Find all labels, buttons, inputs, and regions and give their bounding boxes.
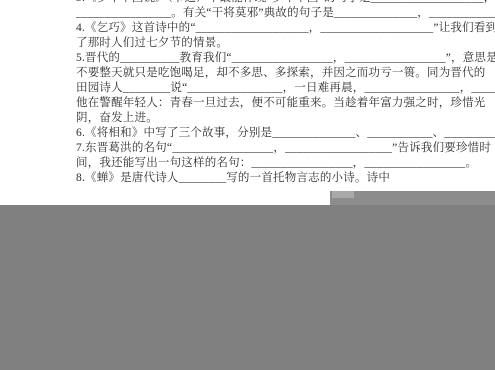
question-7-line-1: 7.东晋葛洪的名句“_________________，____________… bbox=[76, 141, 495, 156]
question-5-line-3: 田园诗人________说“________________，一日难再晨，___… bbox=[76, 81, 495, 96]
question-7-line-2: 间，我还能写出一句这样的名句：_________________，_______… bbox=[76, 156, 495, 171]
worksheet-page: 3.《少年中国说》（节选）中最能体现“少年中国”的句子是____________… bbox=[76, 0, 495, 186]
gray-overlay-bottom bbox=[0, 205, 495, 370]
question-4-line-1: 4.《乞巧》这首诗中的“___________________，________… bbox=[76, 21, 495, 36]
question-8-line-1: 8.《蝉》是唐代诗人________写的一首托物言志的小诗。诗中 bbox=[76, 171, 495, 186]
question-5-line-1: 5.晋代的__________教育我们“_________________，__… bbox=[76, 51, 495, 66]
question-5-line-5: 阴，奋发上进。 bbox=[76, 111, 495, 126]
question-6-line-1: 6.《将相和》中写了三个故事，分别是______________、_______… bbox=[76, 126, 495, 141]
question-4-line-2: 了那时人们过七夕节的情景。 bbox=[76, 36, 495, 51]
question-5-line-4: 他在警醒年轻人：青春一旦过去，便不可能重来。当趁着年富力强之时，珍惜光 bbox=[76, 96, 495, 111]
gray-overlay-notch bbox=[332, 191, 354, 198]
question-3-line-2: ________________。有关“干将莫邪”典故的句子是_________… bbox=[76, 6, 495, 21]
question-5-line-2: 不要整天就只是吃饱喝足，却不多思、多探索，并因之而功亏一篑。同为晋代的 bbox=[76, 66, 495, 81]
